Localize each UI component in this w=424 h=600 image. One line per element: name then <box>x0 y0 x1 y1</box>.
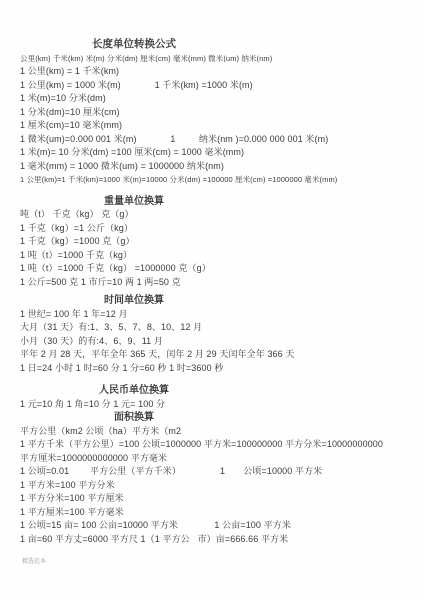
doc-line: 1 公里(km)=1 千米(km)=1000 米(m)=10000 分米(dm)… <box>20 173 424 187</box>
section-1: 长度单位转换公式公里(km) 千米(km) 米(m) 分米(dm) 厘米(cm)… <box>20 38 424 187</box>
document-page: 长度单位转换公式公里(km) 千米(km) 米(m) 分米(dm) 厘米(cm)… <box>0 0 424 600</box>
doc-line: 平年 2 月 28 天，平年全年 365 天，闰年 2 月 29 天闰年全年 3… <box>20 348 424 362</box>
doc-line: 1 吨（t）=1000 千克（kg） =1000000 克（g） <box>20 262 424 276</box>
doc-line: 1 元=10 角 1 角=10 分 1 元= 100 分 <box>20 398 424 412</box>
doc-line: 1 厘米(cm)=10 毫米(mm) <box>20 119 424 133</box>
doc-line: 1 千克（kg）=1000 克（g） <box>20 235 424 249</box>
doc-line: 1 平方分米=100 平方厘米 <box>20 492 424 506</box>
doc-line: 1 公顷=0.01 平方公里（平方千米） 1 公顷=10000 平方米 <box>20 465 424 479</box>
doc-line: 1 平方千米（平方公里）=100 公顷=1000000 平方米=10000000… <box>20 438 424 452</box>
doc-line: 1 米(m)=10 分米(dm) <box>20 92 424 106</box>
doc-line: 1 分米(dm)=10 厘米(cm) <box>20 106 424 120</box>
doc-line: 1 米(m)= 10 分米(dm) =100 厘米(cm) = 1000 毫米(… <box>20 146 424 160</box>
section-title: 人民币单位换算 <box>20 384 248 398</box>
doc-line: 平方厘米=1000000000000 平方毫米 <box>20 452 424 466</box>
doc-line: 1 吨（t）=1000 千克（kg） <box>20 249 424 263</box>
doc-line: 1 微米(um)=0.000 001 米(m) 1 纳米(nm )=0.000 … <box>20 133 424 147</box>
doc-line: 1 千克（kg）=1 公斤（kg） <box>20 222 424 236</box>
doc-line: 1 公里(km) = 1 千米(km) <box>20 65 424 79</box>
doc-line: 1 公顷=15 亩= 100 公亩=10000 平方米 1 公亩=100 平方米 <box>20 519 424 533</box>
doc-line: 平方公里（km2 公顷（ha）平方米（m2 <box>20 425 424 439</box>
doc-line: 1 公斤=500 克 1 市斤=10 两 1 两=50 克 <box>20 276 424 290</box>
section-title: 面积换算 <box>20 411 248 425</box>
doc-line: 1 毫米(mm) = 1000 微米(um) = 1000000 纳米(nm) <box>20 160 424 174</box>
watermark-footer: 精选范本 <box>22 558 46 566</box>
doc-line: 1 世纪= 100 年 1 年=12 月 <box>20 308 424 322</box>
doc-line: 1 平方米=100 平方分米 <box>20 479 424 493</box>
section-4: 人民币单位换算1 元=10 角 1 角=10 分 1 元= 100 分 <box>20 384 424 411</box>
section-5: 面积换算平方公里（km2 公顷（ha）平方米（m21 平方千米（平方公里）=10… <box>20 411 424 546</box>
doc-line: 吨（t） 千克（kg） 克（g） <box>20 208 424 222</box>
doc-line: 小月（30 天）的有:4、6、9、11 月 <box>20 335 424 349</box>
document-title: 长度单位转换公式 <box>20 38 248 52</box>
doc-line: 1 公里(km) = 1000 米(m) 1 千米(km) =1000 米(m) <box>20 79 424 93</box>
doc-line: 大月（31 天）有:1、3、5、7、8、10、12 月 <box>20 321 424 335</box>
doc-line: 公里(km) 千米(km) 米(m) 分米(dm) 厘米(cm) 毫米(mm) … <box>20 52 424 66</box>
section-title: 时间单位换算 <box>20 294 248 308</box>
doc-line: 1 平方厘米=100 平方毫米 <box>20 506 424 520</box>
document-body: 长度单位转换公式公里(km) 千米(km) 米(m) 分米(dm) 厘米(cm)… <box>20 38 424 546</box>
section-2: 重量单位换算吨（t） 千克（kg） 克（g）1 千克（kg）=1 公斤（kg）1… <box>20 195 424 290</box>
section-title: 重量单位换算 <box>20 195 248 209</box>
section-3: 时间单位换算1 世纪= 100 年 1 年=12 月大月（31 天）有:1、3、… <box>20 294 424 375</box>
doc-line: 1 日=24 小时 1 时=60 分 1 分=60 秒 1 时=3600 秒 <box>20 362 424 376</box>
doc-line: 1 亩=60 平方丈=6000 平方尺 1（1 平方公 市）亩=666.66 平… <box>20 533 424 547</box>
